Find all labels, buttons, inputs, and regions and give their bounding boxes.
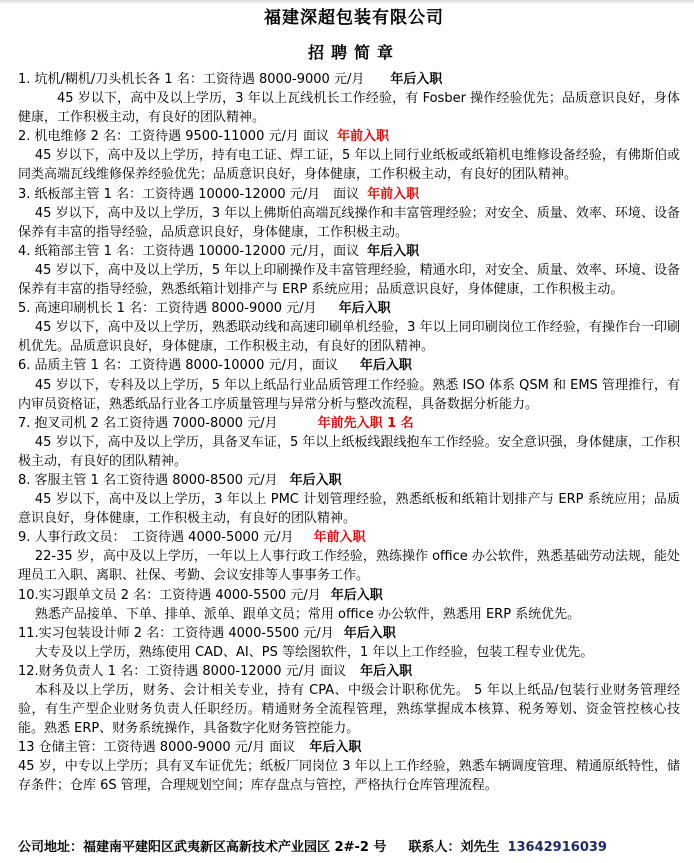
job-item-13: 13 仓储主管：工资待遇 8000-9000 元/月 面议年后入职 45 岁，中… xyxy=(18,738,680,795)
job-item-9: 9. 人事行政文员： 工资待遇 4000-5000 元/月年前入职 22-35 … xyxy=(18,528,680,585)
job-heading-text: 11.实习包装设计师 2 名：工资待遇 4000-5500 元/月 xyxy=(18,626,334,641)
hire-status: 年后入职 xyxy=(331,588,383,603)
page-top-shade xyxy=(0,0,694,4)
job-description: 45 岁以下，高中及以上学历，3 年以上 PMC 计划管理经验，熟悉纸板和纸箱计… xyxy=(18,490,680,528)
hire-status: 年后入职 xyxy=(344,626,396,641)
job-heading: 4. 纸箱部主管 1 名：工资待遇 10000-12000 元/月，面议年后入职 xyxy=(18,242,680,261)
job-item-6: 6. 品质主管 1 名：工资待遇 8000-10000 元/月，面议年后入职 4… xyxy=(18,356,680,413)
hire-status: 年后入职 xyxy=(367,244,419,259)
hire-status: 年后入职 xyxy=(360,358,412,373)
job-heading-text: 8. 客服主管 1 名工资待遇 8000-8500 元/月 xyxy=(18,473,278,488)
contact-phone: 13642916039 xyxy=(507,840,607,855)
job-description: 45 岁以下，高中及以上学历，5 年以上印刷操作及丰富管理经验，精通水印，对安全… xyxy=(18,261,680,299)
job-heading: 13 仓储主管：工资待遇 8000-9000 元/月 面议年后入职 xyxy=(18,738,680,757)
job-item-7: 7. 抱叉司机 2 名工资待遇 7000-8000 元/月年前先入职 1 名 4… xyxy=(18,414,680,471)
job-item-8: 8. 客服主管 1 名工资待遇 8000-8500 元/月年后入职 45 岁以下… xyxy=(18,471,680,528)
job-heading-text: 1. 坑机/糊机/刀头机长各 1 名：工资待遇 8000-9000 元/月 xyxy=(18,72,364,87)
contact-person: 联系人：刘先生 xyxy=(408,840,499,855)
job-heading-text: 5. 高速印刷机长 1 名：工资待遇 8000-9000 元/月 xyxy=(18,301,317,316)
job-description: 大专及以上学历，熟练使用 CAD、AI、PS 等绘图软件，1 年以上工作经验，包… xyxy=(18,643,680,662)
job-heading: 3. 纸板部主管 1 名：工资待遇 10000-12000 元/月 面议年前入职 xyxy=(18,185,680,204)
job-description: 45 岁，中专以上学历；具有叉车证优先；纸板厂同岗位 3 年以上工作经验，熟悉车… xyxy=(18,757,680,795)
recruitment-document: 福建深超包装有限公司 招聘简章 1. 坑机/糊机/刀头机长各 1 名：工资待遇 … xyxy=(18,6,680,796)
job-item-3: 3. 纸板部主管 1 名：工资待遇 10000-12000 元/月 面议年前入职… xyxy=(18,185,680,242)
job-heading: 2. 机电维修 2 名：工资待遇 9500-11000 元/月 面议年前入职 xyxy=(18,127,680,146)
job-heading-text: 10.实习跟单文员 2 名：工资待遇 4000-5500 元/月 xyxy=(18,588,321,603)
job-item-2: 2. 机电维修 2 名：工资待遇 9500-11000 元/月 面议年前入职 4… xyxy=(18,127,680,184)
job-heading-text: 2. 机电维修 2 名：工资待遇 9500-11000 元/月 面议 xyxy=(18,129,329,144)
job-heading: 7. 抱叉司机 2 名工资待遇 7000-8000 元/月年前先入职 1 名 xyxy=(18,414,680,433)
hire-status: 年后入职 xyxy=(390,72,442,87)
job-item-10: 10.实习跟单文员 2 名：工资待遇 4000-5500 元/月年后入职 熟悉产… xyxy=(18,586,680,624)
job-description: 本科及以上学历，财务、会计相关专业，持有 CPA、中级会计职称优先。 5 年以上… xyxy=(18,681,680,738)
hire-status: 年后入职 xyxy=(339,301,391,316)
job-heading: 9. 人事行政文员： 工资待遇 4000-5000 元/月年前入职 xyxy=(18,528,680,547)
job-heading-text: 4. 纸箱部主管 1 名：工资待遇 10000-12000 元/月，面议 xyxy=(18,244,359,259)
job-heading: 12.财务负责人 1 名：工资待遇 8000-12000 元/月 面议年后入职 xyxy=(18,662,680,681)
job-heading: 11.实习包装设计师 2 名：工资待遇 4000-5500 元/月年后入职 xyxy=(18,624,680,643)
hire-status: 年前入职 xyxy=(337,129,389,144)
job-heading: 8. 客服主管 1 名工资待遇 8000-8500 元/月年后入职 xyxy=(18,471,680,490)
hire-status: 年前先入职 1 名 xyxy=(318,416,414,431)
hire-status: 年前入职 xyxy=(314,530,366,545)
hire-status: 年后入职 xyxy=(290,473,342,488)
job-item-11: 11.实习包装设计师 2 名：工资待遇 4000-5500 元/月年后入职 大专… xyxy=(18,624,680,662)
job-description: 45 岁以下，高中及以上学历，持有电工证、焊工证，5 年以上同行业纸板或纸箱机电… xyxy=(18,146,680,184)
job-heading: 10.实习跟单文员 2 名：工资待遇 4000-5500 元/月年后入职 xyxy=(18,586,680,605)
job-description: 45 岁以下，高中及以上学历，熟悉联动线和高速印刷单机经验，3 年以上同印刷岗位… xyxy=(18,318,680,356)
hire-status: 年前入职 xyxy=(367,187,419,202)
job-description: 45 岁以下，高中及以上学历，3 年以上佛斯伯高端瓦线操作和丰富管理经验；对安全… xyxy=(18,204,680,242)
job-item-1: 1. 坑机/糊机/刀头机长各 1 名：工资待遇 8000-9000 元/月年后入… xyxy=(18,70,680,127)
job-item-12: 12.财务负责人 1 名：工资待遇 8000-12000 元/月 面议年后入职 … xyxy=(18,662,680,738)
job-heading: 5. 高速印刷机长 1 名：工资待遇 8000-9000 元/月年后入职 xyxy=(18,299,680,318)
job-heading-text: 12.财务负责人 1 名：工资待遇 8000-12000 元/月 面议 xyxy=(18,664,346,679)
job-item-4: 4. 纸箱部主管 1 名：工资待遇 10000-12000 元/月，面议年后入职… xyxy=(18,242,680,299)
job-description: 45 岁以下，高中及以上学历，3 年以上瓦线机长工作经验，有 Fosber 操作… xyxy=(18,89,680,127)
company-address: 公司地址：福建南平建阳区武夷新区高新技术产业园区 2#-2 号 xyxy=(18,840,386,855)
job-item-5: 5. 高速印刷机长 1 名：工资待遇 8000-9000 元/月年后入职 45 … xyxy=(18,299,680,356)
job-heading: 6. 品质主管 1 名：工资待遇 8000-10000 元/月，面议年后入职 xyxy=(18,356,680,375)
hire-status: 年后入职 xyxy=(309,740,361,755)
company-contact-footer: 公司地址：福建南平建阳区武夷新区高新技术产业园区 2#-2 号联系人：刘先生13… xyxy=(18,838,607,858)
job-description: 22-35 岁，高中及以上学历，一年以上人事行政工作经验，熟练操作 office… xyxy=(18,547,680,585)
job-description: 45 岁以下，专科及以上学历，5 年以上纸品行业品质管理工作经验。熟悉 ISO … xyxy=(18,376,680,414)
job-heading: 1. 坑机/糊机/刀头机长各 1 名：工资待遇 8000-9000 元/月年后入… xyxy=(18,70,680,89)
job-description: 45 岁以下，高中及以上学历，具备叉车证，5 年以上纸板线跟线抱车工作经验。安全… xyxy=(18,433,680,471)
job-heading-text: 6. 品质主管 1 名：工资待遇 8000-10000 元/月，面议 xyxy=(18,358,338,373)
hire-status: 年后入职 xyxy=(360,664,412,679)
job-description: 熟悉产品接单、下单、排单、派单、跟单文员；常用 office 办公软件，熟悉用 … xyxy=(18,605,680,624)
job-heading-text: 9. 人事行政文员： 工资待遇 4000-5000 元/月 xyxy=(18,530,294,545)
document-title: 招聘简章 xyxy=(18,41,680,65)
company-name: 福建深超包装有限公司 xyxy=(18,6,680,30)
job-heading-text: 13 仓储主管：工资待遇 8000-9000 元/月 面议 xyxy=(18,740,295,755)
job-heading-text: 3. 纸板部主管 1 名：工资待遇 10000-12000 元/月 面议 xyxy=(18,187,359,202)
job-heading-text: 7. 抱叉司机 2 名工资待遇 7000-8000 元/月 xyxy=(18,416,278,431)
